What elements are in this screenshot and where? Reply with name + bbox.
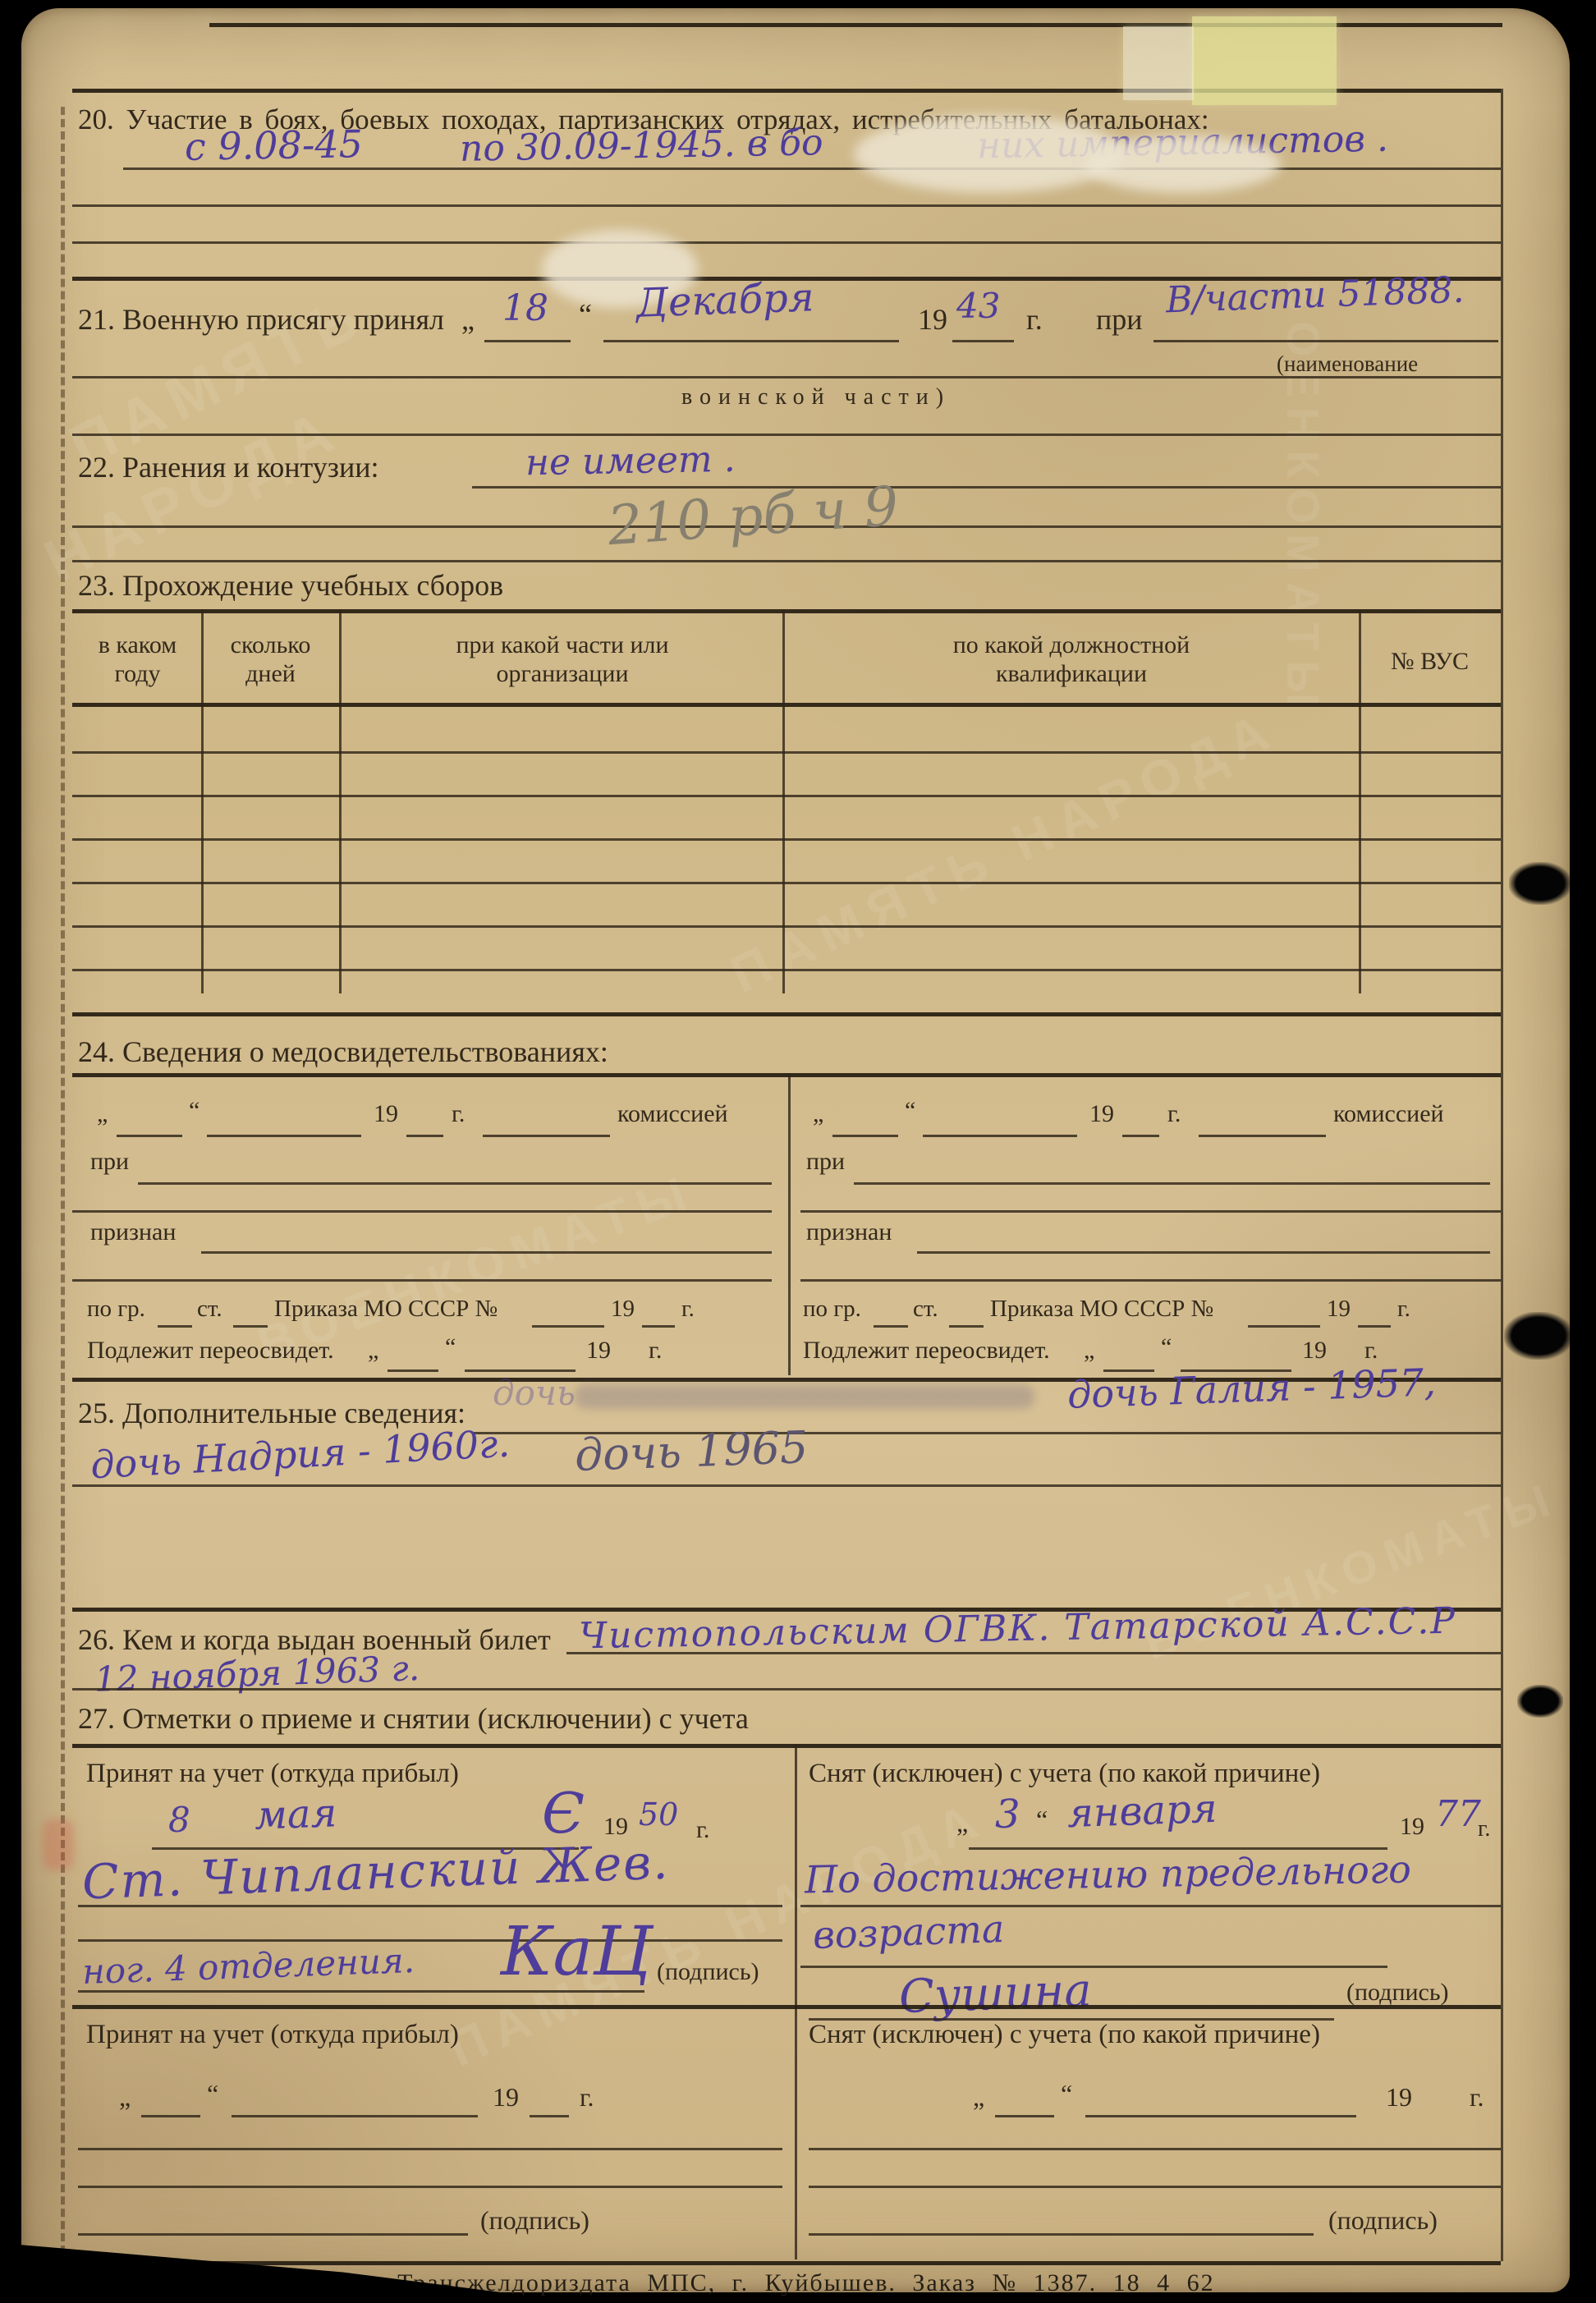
quote-mark: “ bbox=[1161, 1333, 1172, 1361]
quote-mark: „ bbox=[1084, 1337, 1094, 1365]
page-bottom-border bbox=[72, 2261, 1501, 2265]
item27-title: 27. Отметки о приеме и снятии (исключени… bbox=[78, 1701, 749, 1736]
item24-column-divider bbox=[788, 1073, 791, 1375]
signature-line bbox=[78, 1990, 644, 1993]
table-top-border bbox=[72, 609, 1501, 613]
fill-line bbox=[854, 1182, 1490, 1185]
ruled-line bbox=[800, 1905, 1501, 1907]
whiteout-smudge bbox=[1084, 135, 1281, 193]
fill-line bbox=[472, 486, 1501, 489]
ruled-line bbox=[72, 434, 1501, 436]
ruled-line bbox=[809, 2148, 1501, 2150]
quote-mark: “ bbox=[1036, 1805, 1048, 1835]
grid-row-divider bbox=[72, 2005, 1501, 2009]
quote-mark: „ bbox=[461, 302, 475, 337]
removed-header: Снят (исключен) с учета (по какой причин… bbox=[809, 1759, 1320, 1789]
section-divider bbox=[72, 1073, 1501, 1077]
faded-handwriting-smudge bbox=[575, 1384, 1034, 1409]
content-right-border bbox=[1501, 89, 1503, 2261]
fill-line bbox=[832, 1135, 898, 1137]
quote-mark: „ bbox=[97, 1100, 108, 1128]
fill-line bbox=[483, 1135, 610, 1137]
g-abbrev: г. bbox=[649, 1337, 662, 1365]
scanned-military-id-page: ПАМЯТЬ НАРОДА ВОЕНКОМАТЫ ПАМЯТЬ НАРОДА В… bbox=[0, 0, 1596, 2303]
ruled-line bbox=[72, 560, 1501, 562]
ruled-line bbox=[123, 167, 1501, 170]
quote-mark: “ bbox=[579, 297, 592, 332]
fill-line bbox=[923, 1135, 1077, 1137]
punch-hole bbox=[1509, 862, 1571, 905]
g-abbrev: г. bbox=[1478, 1816, 1490, 1842]
fill-line bbox=[949, 1325, 984, 1328]
removed-header: Снят (исключен) с учета (по какой причин… bbox=[809, 2020, 1320, 2050]
ruled-line bbox=[72, 1688, 1501, 1691]
quote-mark: „ bbox=[813, 1100, 823, 1128]
ruled-line bbox=[800, 1210, 1501, 1213]
fill-line bbox=[232, 2115, 478, 2117]
signature-line bbox=[78, 2233, 468, 2236]
year-prefix: 19 bbox=[586, 1337, 611, 1365]
year-prefix: 19 bbox=[611, 1296, 635, 1323]
ruled-line bbox=[72, 241, 1501, 244]
watermark-text: ВОЕНКОМАТЫ bbox=[1277, 279, 1330, 715]
prikaz-label: Приказа МО СССР № bbox=[990, 1296, 1213, 1323]
g-abbrev: г. bbox=[1470, 2082, 1484, 2113]
fill-line bbox=[465, 1369, 576, 1372]
scan-bottom-edge bbox=[0, 2296, 1596, 2303]
ruled-line bbox=[809, 2186, 1501, 2188]
quote-mark: “ bbox=[207, 2079, 218, 2109]
item21-label: 21. Военную присягу принял bbox=[78, 302, 444, 337]
ruled-line bbox=[78, 2148, 782, 2150]
accepted-signature: КаЦ bbox=[501, 1913, 652, 1991]
fill-line bbox=[141, 2115, 200, 2117]
table-row-line bbox=[72, 751, 1501, 754]
g-abbrev: г. bbox=[696, 1816, 709, 1844]
commission-label: комиссией bbox=[1333, 1100, 1444, 1128]
fill-line bbox=[642, 1325, 675, 1328]
item20-handwriting: с 9.08-45 bbox=[185, 122, 364, 169]
accepted-year-handwriting: 50 bbox=[639, 1796, 678, 1833]
removed-month-handwriting: января bbox=[1066, 1786, 1218, 1837]
fill-line bbox=[388, 1369, 438, 1372]
fill-line bbox=[1248, 1325, 1320, 1328]
fill-line bbox=[207, 1135, 361, 1137]
g-abbrev: г. bbox=[1397, 1296, 1410, 1323]
signature-caption: (подпись) bbox=[1346, 1979, 1449, 2007]
table-header-vus: № ВУС bbox=[1359, 647, 1501, 676]
whiteout-smudge bbox=[854, 115, 1125, 193]
g-abbrev: г. bbox=[452, 1100, 465, 1128]
item25-handwriting-3: дочь 1965 bbox=[574, 1421, 809, 1481]
quote-mark: „ bbox=[973, 2082, 984, 2113]
table-header-qualification: по какой должностной квалификации bbox=[928, 631, 1215, 689]
removed-year-handwriting: 77 bbox=[1435, 1793, 1481, 1835]
red-smudge bbox=[43, 1819, 74, 1871]
item21-day-handwriting: 18 bbox=[502, 287, 548, 329]
table-column-line bbox=[782, 609, 785, 993]
signature-caption: (подпись) bbox=[657, 1958, 759, 1986]
ruled-line bbox=[72, 1279, 772, 1282]
item21-pri: при bbox=[1096, 302, 1143, 337]
prikaz-label: Приказа МО СССР № bbox=[274, 1296, 498, 1323]
g-abbrev: г. bbox=[681, 1296, 695, 1323]
fill-line bbox=[484, 340, 571, 342]
table-row-line bbox=[72, 795, 1501, 797]
quote-mark: “ bbox=[1061, 2079, 1072, 2109]
accepted-header: Принят на учет (откуда прибыл) bbox=[86, 2020, 459, 2050]
item25-title: 25. Дополнительные сведения: bbox=[78, 1396, 465, 1430]
year-prefix: 19 bbox=[1089, 1100, 1114, 1128]
item24-title: 24. Сведения о медосвидетельствованиях: bbox=[78, 1035, 608, 1069]
quote-mark: „ bbox=[119, 2082, 131, 2113]
table-column-line bbox=[1359, 609, 1361, 993]
year-prefix: 19 bbox=[1400, 1813, 1424, 1841]
table-column-line bbox=[339, 609, 342, 993]
table-column-line bbox=[201, 609, 204, 993]
ruled-line bbox=[78, 1939, 782, 1942]
item21-year-handwriting: 43 bbox=[956, 286, 1000, 326]
removed-reason-handwriting-2: возраста bbox=[812, 1906, 1005, 1957]
item22-handwriting: не имеет . bbox=[525, 438, 736, 484]
pri-label: при bbox=[806, 1148, 845, 1176]
item21-month-handwriting: Декабря bbox=[635, 274, 814, 327]
fill-line bbox=[532, 1325, 604, 1328]
item25-faded-handwriting: дочь bbox=[493, 1373, 576, 1413]
year-prefix: 19 bbox=[1327, 1296, 1351, 1323]
grid-column-divider bbox=[795, 1744, 797, 2259]
accepted-month-handwriting: мая bbox=[254, 1790, 337, 1838]
fill-line bbox=[874, 1325, 908, 1328]
fill-line bbox=[158, 1325, 192, 1328]
table-header-days: сколько дней bbox=[207, 631, 334, 689]
table-row-line bbox=[72, 882, 1501, 884]
podlezhit-label: Подлежит переосвидет. bbox=[803, 1337, 1050, 1365]
accepted-header: Принят на учет (откуда прибыл) bbox=[86, 1759, 459, 1789]
removed-signature: Сушина bbox=[898, 1964, 1093, 2024]
fill-line bbox=[1199, 1135, 1326, 1137]
fill-line bbox=[566, 1652, 1501, 1654]
quote-mark: „ bbox=[368, 1337, 378, 1365]
punch-hole bbox=[1504, 1312, 1573, 1360]
g-abbrev: г. bbox=[580, 2082, 594, 2113]
fill-line bbox=[1153, 340, 1498, 342]
fill-line bbox=[138, 1182, 772, 1185]
priznan-label: признан bbox=[806, 1218, 892, 1246]
table-header-year: в каком году bbox=[78, 631, 197, 689]
grid-top-border bbox=[72, 1744, 1501, 1748]
item21-note1: (наименование bbox=[1277, 351, 1418, 377]
ruled-line bbox=[72, 204, 1501, 207]
table-header-unit: при какой части или организации bbox=[431, 631, 694, 689]
g-abbrev: г. bbox=[1364, 1337, 1378, 1365]
signature-caption: (подпись) bbox=[480, 2205, 589, 2236]
item21-note2: воинской части) bbox=[681, 384, 951, 411]
item20-handwriting: по 30.09-1945. в бо bbox=[460, 122, 823, 170]
g-abbrev: г. bbox=[1167, 1100, 1181, 1128]
table-bottom-border bbox=[72, 1012, 1501, 1016]
quote-mark: “ bbox=[445, 1333, 456, 1361]
signature-line bbox=[809, 2233, 1314, 2236]
ruled-line bbox=[78, 2186, 782, 2188]
ruled-line bbox=[72, 1210, 772, 1213]
fill-line bbox=[1358, 1325, 1391, 1328]
item22-label: 22. Ранения и контузии: bbox=[78, 450, 379, 484]
fill-line bbox=[406, 1135, 443, 1137]
fill-line bbox=[917, 1251, 1490, 1254]
table-row-line bbox=[72, 838, 1501, 841]
fill-line bbox=[1085, 2115, 1356, 2117]
year-prefix: 19 bbox=[493, 2082, 519, 2113]
fill-line bbox=[603, 340, 899, 342]
fill-line bbox=[995, 2115, 1054, 2117]
fill-line bbox=[1122, 1135, 1159, 1137]
st-label: ст. bbox=[913, 1296, 938, 1323]
ruled-line bbox=[72, 376, 1501, 378]
st-label: ст. bbox=[197, 1296, 222, 1323]
signature-caption: (подпись) bbox=[1328, 2205, 1438, 2236]
table-row-line bbox=[72, 925, 1501, 928]
ruled-line bbox=[72, 1484, 1501, 1487]
pri-label: при bbox=[90, 1148, 129, 1176]
year-prefix: 19 bbox=[1386, 2082, 1412, 2113]
accepted-day-handwriting: 8 bbox=[168, 1800, 190, 1840]
ruled-line bbox=[800, 1966, 1387, 1968]
binding-stitch-line bbox=[61, 107, 65, 2266]
quote-mark: “ bbox=[905, 1097, 915, 1125]
g-abbrev: г. bbox=[1026, 302, 1043, 337]
podlezhit-label: Подлежит переосвидет. bbox=[87, 1337, 334, 1365]
po-gr-label: по гр. bbox=[87, 1296, 145, 1323]
tape-patch bbox=[1123, 26, 1194, 100]
tape-patch bbox=[1192, 16, 1337, 105]
fill-line bbox=[233, 1325, 268, 1328]
year-prefix: 19 bbox=[374, 1100, 398, 1128]
ruled-line bbox=[78, 1905, 782, 1907]
fill-line bbox=[952, 340, 1014, 342]
punch-hole bbox=[1517, 1685, 1563, 1718]
item23-label: 23. Прохождение учебных сборов bbox=[78, 568, 503, 603]
year-prefix: 19 bbox=[1302, 1337, 1327, 1365]
priznan-label: признан bbox=[90, 1218, 176, 1246]
commission-label: комиссией bbox=[617, 1100, 728, 1128]
ruled-line bbox=[800, 1279, 1501, 1282]
fill-line bbox=[530, 2115, 569, 2117]
po-gr-label: по гр. bbox=[803, 1296, 861, 1323]
table-header-bottom-border bbox=[72, 703, 1501, 707]
fill-line bbox=[201, 1251, 772, 1254]
removed-day-handwriting: 3 bbox=[995, 1791, 1020, 1837]
year-prefix: 19 bbox=[918, 302, 947, 337]
quote-mark: “ bbox=[189, 1097, 199, 1125]
table-row-line bbox=[72, 969, 1501, 971]
quote-mark: „ bbox=[956, 1808, 968, 1838]
fill-line bbox=[117, 1135, 182, 1137]
